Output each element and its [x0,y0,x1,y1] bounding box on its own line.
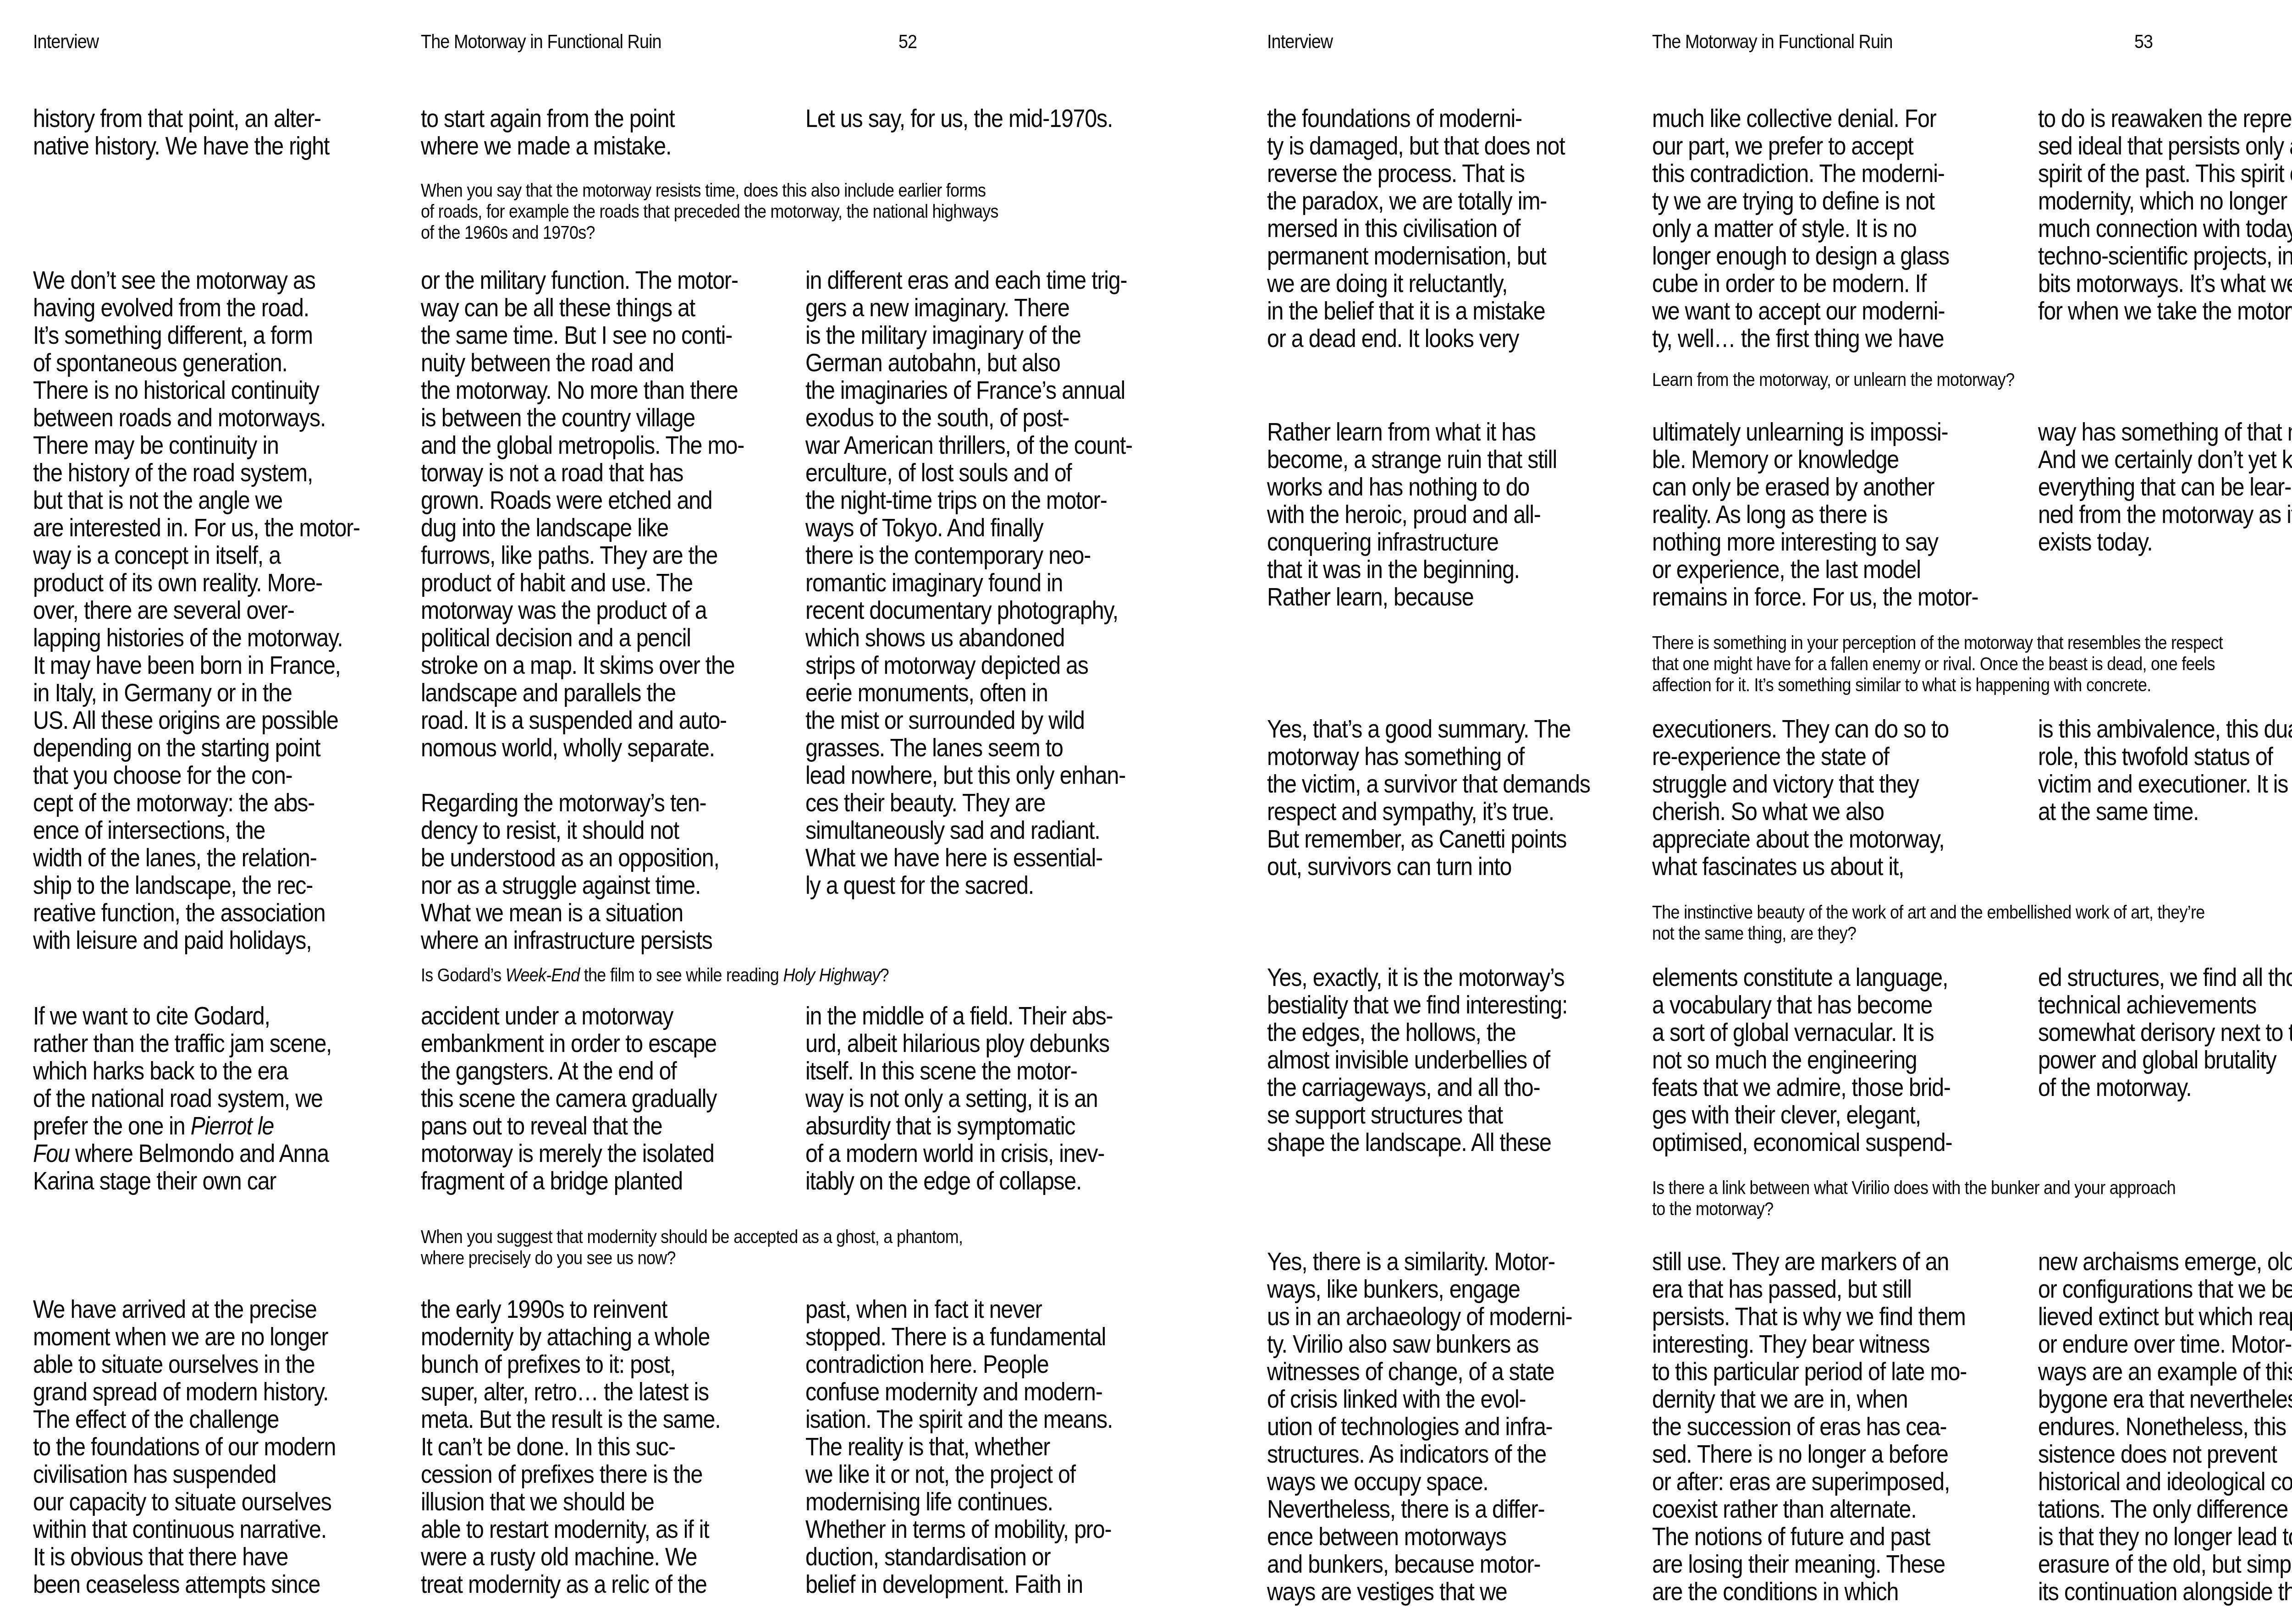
text-column-3: past, when in fact it neverstopped. Ther… [805,1295,1113,1598]
text-line: belief in development. Faith in [805,1570,1113,1598]
text-line: or a dead end. It looks very [1267,325,1565,352]
text-line: ed structures, we find all those [2038,963,2292,991]
text-line: executioners. They can do so to [1652,715,1949,743]
text-column-3: way has something of that model.And we c… [2038,418,2292,556]
text-line: the victim, a survivor that demands [1267,770,1590,798]
text-line: treat modernity as a relic of the [421,1570,720,1598]
text-line: everything that can be lear- [2038,473,2292,501]
question-line: of the 1960s and 1970s? [421,222,998,243]
text-line: a sort of global vernacular. It is [1652,1018,1952,1046]
text-line: way is not only a setting, it is an [805,1085,1113,1112]
text-line: absurdity that is symptomatic [805,1112,1113,1140]
text-line: and bunkers, because motor- [1267,1550,1572,1578]
text-line: over, there are several over- [33,596,360,624]
text-line: dernity that we are in, when [1652,1385,1967,1413]
text-line: dency to resist, it should not [421,816,744,844]
text-line: or the military function. The motor- [421,266,744,294]
text-line: landscape and parallels the [421,679,744,706]
text-line: with leisure and paid holidays, [33,926,360,954]
question-text: the film to see while reading [579,965,783,985]
text-line: If we want to cite Godard, [33,1002,331,1029]
text-line: respect and sympathy, it’s true. [1267,798,1590,825]
text-line: our capacity to situate ourselves [33,1488,336,1515]
text-line: gers a new imaginary. There [805,294,1132,321]
text-line: confuse modernity and modern- [805,1378,1113,1405]
text-line: era that has passed, but still [1652,1275,1967,1303]
text-line: in different eras and each time trig- [805,266,1132,294]
text-line: we are doing it reluctantly, [1267,270,1565,297]
text-line: nuity between the road and [421,349,744,376]
text-line: cherish. So what we also [1652,798,1949,825]
text-line: ence between motorways [1267,1523,1572,1550]
text-line: sed. There is no longer a before [1652,1440,1967,1468]
text-line: appreciate about the motorway, [1652,825,1949,853]
question-line: Is Godard’s Week-End the film to see whi… [421,965,889,986]
text-line: ble. Memory or knowledge [1652,446,1978,473]
text-line: the gangsters. At the end of [421,1057,716,1085]
text-line: much like collective denial. For [1652,105,1949,132]
page-number: 53 [2134,30,2153,53]
text-line: the edges, the hollows, the [1267,1018,1567,1046]
text-line: spirit of the past. This spirit of [2038,160,2292,187]
text-line: We have arrived at the precise [33,1295,336,1323]
page-52: Interview The Motorway in Functional Rui… [0,0,1218,1624]
text-line: or configurations that we be- [2038,1275,2292,1303]
text-line: duction, standardisation or [805,1543,1113,1570]
text-line: It is obvious that there have [33,1543,336,1570]
text-line: is between the country village [421,404,744,431]
text-line: is the military imaginary of the [805,321,1132,349]
text-line: There is no historical continuity [33,376,360,404]
text-line: our part, we prefer to accept [1652,132,1949,160]
text-line: within that continuous narrative. [33,1515,336,1543]
text-line: to this particular period of late mo- [1652,1358,1967,1385]
text-line: nothing more interesting to say [1652,528,1978,556]
running-head-title: The Motorway in Functional Ruin [421,30,661,53]
text-column-3: in the middle of a field. Their abs-urd,… [805,1002,1113,1195]
text-line: se support structures that [1267,1101,1567,1129]
text-line: the same time. But I see no conti- [421,321,744,349]
text-line: coexist rather than alternate. [1652,1495,1967,1523]
question-line: not the same thing, are they? [1652,923,2205,944]
text-line: able to situate ourselves in the [33,1350,336,1378]
text-column-2: or the military function. The motor-way … [421,266,744,954]
text-line: Regarding the motorway’s ten- [421,789,744,816]
text-line: lapping histories of the motorway. [33,624,360,651]
text-line: between roads and motorways. [33,404,360,431]
text-line: war American thrillers, of the count- [805,431,1132,459]
question-line: When you suggest that modernity should b… [421,1227,963,1248]
text-line: fragment of a bridge planted [421,1167,716,1195]
interviewer-question: Is Godard’s Week-End the film to see whi… [421,965,889,986]
text-line: Rather learn from what it has [1267,418,1557,446]
text-line: become, a strange ruin that still [1267,446,1557,473]
text-line: Yes, exactly, it is the motorway’s [1267,963,1567,991]
running-head-section: Interview [33,30,99,53]
text-line: in the middle of a field. Their abs- [805,1002,1113,1029]
text-line: exists today. [2038,528,2292,556]
text-column-3: to do is reawaken the repres-sed ideal t… [2038,105,2292,325]
text-line: struggle and victory that they [1652,770,1949,798]
text-line: much connection with today’s [2038,215,2292,242]
text-line: ways we occupy space. [1267,1468,1572,1495]
interviewer-question: Is there a link between what Virilio doe… [1652,1178,2176,1220]
text-line: not so much the engineering [1652,1046,1952,1073]
text-line: And we certainly don’t yet know [2038,446,2292,473]
text-line: the paradox, we are totally im- [1267,187,1565,215]
text-line: German autobahn, but also [805,349,1132,376]
text-line: shape the landscape. All these [1267,1129,1567,1156]
text-line: conquering infrastructure [1267,528,1557,556]
text-line: what fascinates us about it, [1652,853,1949,880]
text-line: lead nowhere, but this only enhan- [805,761,1132,789]
text-line: and the global metropolis. The mo- [421,431,744,459]
text-line: meta. But the result is the same. [421,1405,720,1433]
question-line: When you say that the motorway resists t… [421,180,998,201]
text-line: illusion that we should be [421,1488,720,1515]
interviewer-question: Learn from the motorway, or unlearn the … [1652,369,2014,391]
text-line: itself. In this scene the motor- [805,1057,1113,1085]
text-line: ty is damaged, but that does not [1267,132,1565,160]
text-column-2: accident under a motorwayembankment in o… [421,1002,716,1195]
text-line: to the foundations of our modern [33,1433,336,1460]
running-head-section: Interview [1267,30,1333,53]
text-line: where we made a mistake. [421,132,674,160]
text-line: ence of intersections, the [33,816,360,844]
text-column-3: in different eras and each time trig-ger… [805,266,1132,899]
text-line: Rather learn, because [1267,583,1557,611]
text-line: The notions of future and past [1652,1523,1967,1550]
question-line: to the motorway? [1652,1199,2176,1220]
text-line: ways of Tokyo. And finally [805,514,1132,541]
page-number: 52 [898,30,917,53]
text-line: cept of the motorway: the abs- [33,789,360,816]
text-column-2: still use. They are markers of anera tha… [1652,1248,1967,1605]
text-line: which shows us abandoned [805,624,1132,651]
question-line: The instinctive beauty of the work of ar… [1652,902,2205,923]
text-line: It can’t be done. In this suc- [421,1433,720,1460]
text-line: role, this twofold status of [2038,743,2292,770]
text-line: dug into the landscape like [421,514,744,541]
text-line: is that they no longer lead to the [2038,1523,2292,1550]
text-line: reality. As long as there is [1652,501,1978,528]
text-line: It’s something different, a form [33,321,360,349]
text-column-2: the early 1990s to reinventmodernity by … [421,1295,720,1598]
text-line: ution of technologies and infra- [1267,1413,1572,1440]
text-line: motorway has something of [1267,743,1590,770]
text-line: structures. As indicators of the [1267,1440,1572,1468]
text-line: ty we are trying to define is not [1652,187,1949,215]
text-line: power and global brutality [2038,1046,2292,1073]
question-line: affection for it. It’s something similar… [1652,675,2223,696]
text-line: sed ideal that persists only as a [2038,132,2292,160]
text-line: stopped. There is a fundamental [805,1323,1113,1350]
text-line: of crisis linked with the evol- [1267,1385,1572,1413]
text-line: grasses. The lanes seem to [805,734,1132,761]
question-line: of roads, for example the roads that pre… [421,201,998,222]
text-line: the imaginaries of France’s annual [805,376,1132,404]
text-line: in the belief that it is a mistake [1267,297,1565,325]
interviewer-question: There is something in your perception of… [1652,633,2223,696]
text-line: of the motorway. [2038,1073,2292,1101]
text-line: bits motorways. It’s what we look [2038,270,2292,297]
question-text: Is Godard’s [421,965,506,985]
text-column-1: history from that point, an alter-native… [33,105,329,160]
text-line: bygone era that nevertheless [2038,1385,2292,1413]
text-line: prefer the one in Pierrot le [33,1112,331,1140]
text-line: victim and executioner. It is both [2038,770,2292,798]
text-line: be understood as an opposition, [421,844,744,871]
text-line: ges with their clever, elegant, [1652,1101,1952,1129]
text-line: the early 1990s to reinvent [421,1295,720,1323]
text-line: its continuation alongside the new. [2038,1578,2292,1605]
text-line: for when we take the motorway. [2038,297,2292,325]
text-line: ly a quest for the sacred. [805,871,1132,899]
text-line: the succession of eras has cea- [1652,1413,1967,1440]
text-line: isation. The spirit and the means. [805,1405,1113,1433]
text-line: in Italy, in Germany or in the [33,679,360,706]
text-line: remains in force. For us, the motor- [1652,583,1978,611]
text-line: historical and ideological confron- [2038,1468,2292,1495]
text-line: reverse the process. That is [1267,160,1565,187]
text-line: native history. We have the right [33,132,329,160]
text-line: lieved extinct but which reappear [2038,1303,2292,1330]
text-line: there is the contemporary neo- [805,541,1132,569]
text-column-2: much like collective denial. Forour part… [1652,105,1949,352]
text-line: erculture, of lost souls and of [805,459,1132,486]
text-line: longer enough to design a glass [1652,242,1949,270]
text-line: road. It is a suspended and auto- [421,706,744,734]
text-line: simultaneously sad and radiant. [805,816,1132,844]
text-line: ty. Virilio also saw bunkers as [1267,1330,1572,1358]
text-line: motorway is merely the isolated [421,1140,716,1167]
text-line: What we mean is a situation [421,899,744,926]
text-line: tations. The only difference [2038,1495,2292,1523]
text-line: a vocabulary that has become [1652,991,1952,1018]
text-line [421,761,744,789]
text-line: eerie monuments, often in [805,679,1132,706]
text-line: the history of the road system, [33,459,360,486]
interviewer-question: The instinctive beauty of the work of ar… [1652,902,2205,944]
text-line: The reality is that, whether [805,1433,1113,1460]
interviewer-question: When you say that the motorway resists t… [421,180,998,243]
text-line: ways, like bunkers, engage [1267,1275,1572,1303]
text-line: re-experience the state of [1652,743,1949,770]
text-line: the motorway. No more than there [421,376,744,404]
text-line: only a matter of style. It is no [1652,215,1949,242]
text-line: ned from the motorway as it [2038,501,2292,528]
text-line: works and has nothing to do [1267,473,1557,501]
text-line: of the national road system, we [33,1085,331,1112]
text-line: contradiction here. People [805,1350,1113,1378]
text-column-2: to start again from the pointwhere we ma… [421,105,674,160]
text-line: bunch of prefixes to it: post, [421,1350,720,1378]
text-line: romantic imaginary found in [805,569,1132,596]
text-line: nomous world, wholly separate. [421,734,744,761]
text-line: But remember, as Canetti points [1267,825,1590,853]
text-line: this scene the camera gradually [421,1085,716,1112]
text-line: almost invisible underbellies of [1267,1046,1567,1073]
text-line: to start again from the point [421,105,674,132]
text-column-1: Yes, that’s a good summary. Themotorway … [1267,715,1590,880]
text-line: Whether in terms of mobility, pro- [805,1515,1113,1543]
text-line: are losing their meaning. These [1652,1550,1967,1578]
text-column-2: ultimately unlearning is impossi-ble. Me… [1652,418,1978,611]
text-column-1: We have arrived at the precisemoment whe… [33,1295,336,1598]
text-line: endures. Nonetheless, this per- [2038,1413,2292,1440]
text-line: are interested in. For us, the motor- [33,514,360,541]
text-line: moment when we are no longer [33,1323,336,1350]
text-line: us in an archaeology of moderni- [1267,1303,1572,1330]
text-line: We don’t see the motorway as [33,266,360,294]
text-line: out, survivors can turn into [1267,853,1590,880]
text-line: mersed in this civilisation of [1267,215,1565,242]
text-line: this contradiction. The moderni- [1652,160,1949,187]
text-line: motorway was the product of a [421,596,744,624]
text-line: width of the lanes, the relation- [33,844,360,871]
text-line: It may have been born in France, [33,651,360,679]
text-line: product of its own reality. More- [33,569,360,596]
text-line: Karina stage their own car [33,1167,331,1195]
text-line: or endure over time. Motor- [2038,1330,2292,1358]
text-line: super, alter, retro… the latest is [421,1378,720,1405]
text-column-3: ed structures, we find all thosetechnica… [2038,963,2292,1101]
text-line: somewhat derisory next to the [2038,1018,2292,1046]
text-line: Yes, there is a similarity. Motor- [1267,1248,1572,1275]
text-line: rather than the traffic jam scene, [33,1029,331,1057]
text-column-2: elements constitute a language,a vocabul… [1652,963,1952,1156]
question-line: There is something in your perception of… [1652,633,2223,654]
text-column-1: the foundations of moderni-ty is damaged… [1267,105,1565,352]
text-line: modernising life continues. [805,1488,1113,1515]
question-line: where precisely do you see us now? [421,1248,963,1269]
text-line: Yes, that’s a good summary. The [1267,715,1590,743]
text-line: modernity by attaching a whole [421,1323,720,1350]
text-line: Let us say, for us, the mid-1970s. [805,105,1113,132]
text-line: or experience, the last model [1652,556,1978,583]
text-line: grown. Roads were etched and [421,486,744,514]
text-line: history from that point, an alter- [33,105,329,132]
text-line: we want to accept our moderni- [1652,297,1949,325]
text-line: depending on the starting point [33,734,360,761]
italic-title: Holy Highway [783,965,880,985]
running-head-title: The Motorway in Functional Ruin [1652,30,1893,53]
text-line: accident under a motorway [421,1002,716,1029]
text-line: permanent modernisation, but [1267,242,1565,270]
text-line: civilisation has suspended [33,1460,336,1488]
text-line: reative function, the association [33,899,360,926]
text-line: the mist or surrounded by wild [805,706,1132,734]
text-line: are the conditions in which [1652,1578,1967,1605]
text-column-1: Yes, there is a similarity. Motor-ways, … [1267,1248,1572,1605]
text-line: There may be continuity in [33,431,360,459]
text-line: Fou where Belmondo and Anna [33,1140,331,1167]
text-line: exodus to the south, of post- [805,404,1132,431]
text-line: but that is not the angle we [33,486,360,514]
text-line: the carriageways, and all tho- [1267,1073,1567,1101]
question-line: that one might have for a fallen enemy o… [1652,654,2223,675]
text-line: way is a concept in itself, a [33,541,360,569]
text-line: product of habit and use. The [421,569,744,596]
text-line: with the heroic, proud and all- [1267,501,1557,528]
text-line: ultimately unlearning is impossi- [1652,418,1978,446]
text-line: Nevertheless, there is a differ- [1267,1495,1572,1523]
text-line: US. All these origins are possible [33,706,360,734]
question-line: Learn from the motorway, or unlearn the … [1652,369,2014,391]
text-line: bestiality that we find interesting: [1267,991,1567,1018]
text-line: witnesses of change, of a state [1267,1358,1572,1385]
text-line: cube in order to be modern. If [1652,270,1949,297]
text-line: sistence does not prevent [2038,1440,2292,1468]
text-column-1: If we want to cite Godard,rather than th… [33,1002,331,1195]
text-line: interesting. They bear witness [1652,1330,1967,1358]
text-line: The effect of the challenge [33,1405,336,1433]
text-column-3: Let us say, for us, the mid-1970s. [805,105,1113,132]
text-line: to do is reawaken the repres- [2038,105,2292,132]
text-line: political decision and a pencil [421,624,744,651]
text-line: past, when in fact it never [805,1295,1113,1323]
text-column-2: executioners. They can do so tore-experi… [1652,715,1949,880]
text-line: optimised, economical suspend- [1652,1129,1952,1156]
text-line: modernity, which no longer has [2038,187,2292,215]
interviewer-question: When you suggest that modernity should b… [421,1227,963,1269]
text-line: ways are vestiges that we [1267,1578,1572,1605]
question-text: ? [880,965,889,985]
text-line: having evolved from the road. [33,294,360,321]
text-line: that it was in the beginning. [1267,556,1557,583]
text-line: nor as a struggle against time. [421,871,744,899]
text-line: grand spread of modern history. [33,1378,336,1405]
text-line: elements constitute a language, [1652,963,1952,991]
text-line: that you choose for the con- [33,761,360,789]
question-line: Is there a link between what Virilio doe… [1652,1178,2176,1199]
text-line: erasure of the old, but simply [2038,1550,2292,1578]
text-line: ty, well… the first thing we have [1652,325,1949,352]
text-line: itably on the edge of collapse. [805,1167,1113,1195]
text-line: techno-scientific projects, inha- [2038,242,2292,270]
text-column-3: is this ambivalence, this dualrole, this… [2038,715,2292,825]
text-line: torway is not a road that has [421,459,744,486]
text-line: were a rusty old machine. We [421,1543,720,1570]
text-line: been ceaseless attempts since [33,1570,336,1598]
text-column-1: Yes, exactly, it is the motorway’sbestia… [1267,963,1567,1156]
text-line: ship to the landscape, the rec- [33,871,360,899]
text-line: What we have here is essential- [805,844,1132,871]
text-line: still use. They are markers of an [1652,1248,1967,1275]
text-line: way can be all these things at [421,294,744,321]
text-line: the night-time trips on the motor- [805,486,1132,514]
text-line: recent documentary photography, [805,596,1132,624]
text-line: technical achievements [2038,991,2292,1018]
text-line: feats that we admire, those brid- [1652,1073,1952,1101]
text-line: at the same time. [2038,798,2292,825]
page-53: Interview The Motorway in Functional Rui… [1218,0,2292,1624]
text-line: pans out to reveal that the [421,1112,716,1140]
text-line: ways are an example of this. A [2038,1358,2292,1385]
text-column-3: new archaisms emerge, old formsor config… [2038,1248,2292,1605]
text-line: urd, albeit hilarious ploy debunks [805,1029,1113,1057]
text-column-1: We don’t see the motorway ashaving evolv… [33,266,360,954]
text-line: strips of motorway depicted as [805,651,1132,679]
text-line: of spontaneous generation. [33,349,360,376]
text-line: which harks back to the era [33,1057,331,1085]
text-line: the foundations of moderni- [1267,105,1565,132]
text-line: new archaisms emerge, old forms [2038,1248,2292,1275]
italic-title: Week-End [506,965,580,985]
text-line: where an infrastructure persists [421,926,744,954]
text-line: of a modern world in crisis, inev- [805,1140,1113,1167]
text-line: way has something of that model. [2038,418,2292,446]
